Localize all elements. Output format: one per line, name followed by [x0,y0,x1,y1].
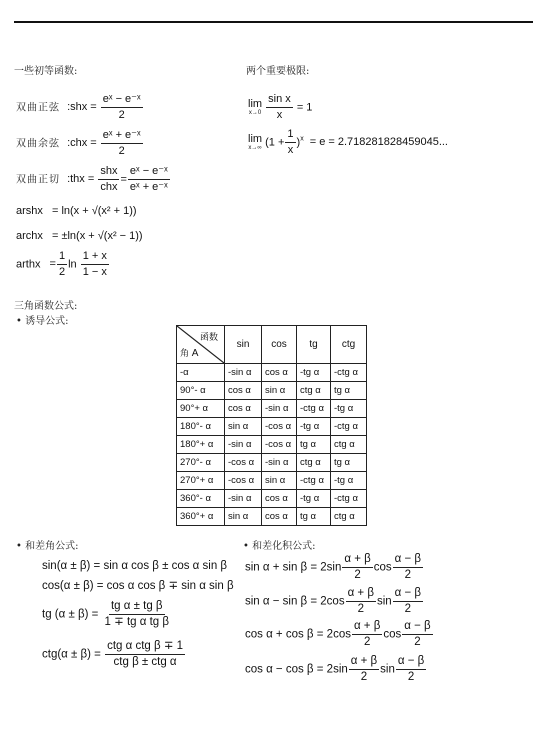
sum-to-product-formula: sin α + sin β = 2sinα + β2cosα − β2 [245,553,424,582]
value-cell: -ctg α [297,472,331,490]
table-row: 360°- α-sin αcos α-tg α-ctg α [177,490,367,508]
sum-to-product-title: • 和差化积公式: [243,537,315,552]
value-cell: -sin α [262,400,297,418]
table-row: 360°+ αsin αcos αtg αctg α [177,508,367,526]
value-cell: -ctg α [331,418,367,436]
value-cell: tg α [297,508,331,526]
value-cell: sin α [225,418,262,436]
value-cell: -tg α [297,418,331,436]
value-cell: sin α [262,382,297,400]
sinh-fraction: eˣ − e⁻ˣ 2 [101,93,143,122]
elementary-functions-title: 一些初等函数: [14,62,77,77]
table-row: 90°- αcos αsin αctg αtg α [177,382,367,400]
column-header: tg [297,326,331,364]
value-cell: -ctg α [331,490,367,508]
value-cell: -cos α [225,472,262,490]
table-row: 270°+ α-cos αsin α-ctg α-tg α [177,472,367,490]
table-row: -α-sin αcos α-tg α-ctg α [177,364,367,382]
cosh-fraction: eˣ + e⁻ˣ 2 [101,129,143,158]
angle-cell: 360°- α [177,490,225,508]
value-cell: tg α [331,454,367,472]
value-cell: -sin α [225,436,262,454]
angle-cell: 180°- α [177,418,225,436]
angle-cell: 270°- α [177,454,225,472]
table-row: 180°+ α-sin α-cos αtg αctg α [177,436,367,454]
value-cell: sin α [262,472,297,490]
value-cell: cos α [262,508,297,526]
value-cell: -cos α [225,454,262,472]
value-cell: -ctg α [297,400,331,418]
angle-cell: -α [177,364,225,382]
value-cell: -tg α [297,364,331,382]
induction-table: 函数 角 A sin cos tg ctg -α-sin αcos α-tg α… [176,325,367,526]
value-cell: cos α [262,364,297,382]
value-cell: tg α [297,436,331,454]
table-corner-cell: 函数 角 A [177,326,225,364]
value-cell: cos α [225,400,262,418]
value-cell: ctg α [297,382,331,400]
value-cell: -sin α [262,454,297,472]
sin-sum-formula: sin(α ± β) = sin α cos β ± cos α sin β [42,560,227,572]
value-cell: ctg α [331,436,367,454]
value-cell: -cos α [262,436,297,454]
table-header-row: 函数 角 A sin cos tg ctg [177,326,367,364]
value-cell: cos α [225,382,262,400]
angle-cell: 360°+ α [177,508,225,526]
value-cell: -sin α [225,364,262,382]
header-rule [14,21,533,23]
value-cell: -sin α [225,490,262,508]
value-cell: sin α [225,508,262,526]
cosh-formula: 双曲余弦 :chx = eˣ + e⁻ˣ 2 [16,129,144,158]
arcosh-formula: archx = ±ln(x + √(x² − 1)) [16,230,143,242]
value-cell: -ctg α [331,364,367,382]
value-cell: -cos α [262,418,297,436]
value-cell: -tg α [331,472,367,490]
table-row: 90°+ αcos α-sin α-ctg α-tg α [177,400,367,418]
tanh-formula: 双曲正切 :thx = shx chx = eˣ − e⁻ˣ eˣ + e⁻ˣ [16,165,171,194]
table-row: 270°- α-cos α-sin αctg αtg α [177,454,367,472]
angle-cell: 180°+ α [177,436,225,454]
artanh-formula: arthx = 1 2 ln 1 + x 1 − x [16,250,110,279]
trig-section-title: 三角函数公式: [14,297,77,312]
ctg-sum-formula: ctg(α ± β) = ctg α ctg β ∓ 1 ctg β ± ctg… [42,640,186,669]
column-header: ctg [331,326,367,364]
value-cell: ctg α [297,454,331,472]
sum-difference-title: • 和差角公式: [16,537,78,552]
value-cell: tg α [331,382,367,400]
arsinh-formula: arshx = ln(x + √(x² + 1)) [16,205,137,217]
sinh-formula: 双曲正弦 :shx = eˣ − e⁻ˣ 2 [16,93,144,122]
tg-sum-formula: tg (α ± β) = tg α ± tg β 1 ∓ tg α tg β [42,600,172,629]
value-cell: ctg α [331,508,367,526]
angle-cell: 90°+ α [177,400,225,418]
limit-sinx-over-x: lim x→0 sin x x = 1 [248,93,312,122]
value-cell: -tg α [331,400,367,418]
sum-to-product-formula: sin α − sin β = 2cosα + β2sinα − β2 [245,587,424,616]
limit-e: lim x→∞ (1 + 1 x )x = e = 2.718281828459… [248,128,448,157]
column-header: cos [262,326,297,364]
cos-sum-formula: cos(α ± β) = cos α cos β ∓ sin α sin β [42,578,234,592]
sum-to-product-formula: cos α − cos β = 2sinα + β2sinα − β2 [245,655,427,684]
column-header: sin [225,326,262,364]
sum-to-product-formula: cos α + cos β = 2cosα + β2cosα − β2 [245,620,434,649]
angle-cell: 90°- α [177,382,225,400]
value-cell: cos α [262,490,297,508]
table-row: 180°- αsin α-cos α-tg α-ctg α [177,418,367,436]
angle-cell: 270°+ α [177,472,225,490]
induction-formulas-title: • 诱导公式: [16,312,68,327]
important-limits-title: 两个重要极限: [246,62,309,77]
value-cell: -tg α [297,490,331,508]
